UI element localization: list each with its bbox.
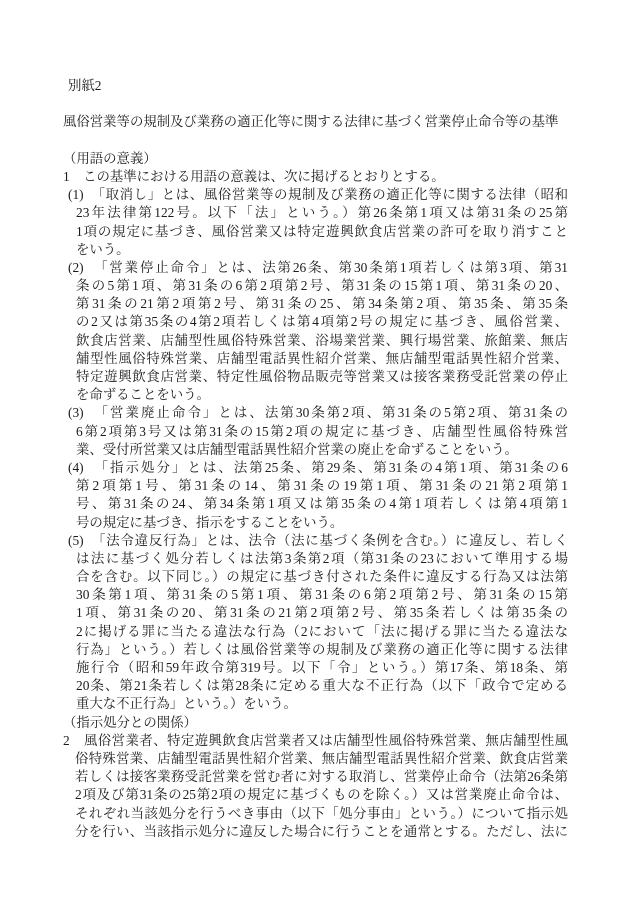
- item-5-line: (5) 「法令違反行為」とは、法令（法に基づく条例を含む。）に違反し、若しく: [63, 532, 568, 550]
- item-4-line: 第2項第1号、第31条の14、第31条の19第1項、第31条の21第2項第1: [63, 477, 568, 495]
- para-2-line: 俗特殊営業、店舗型電話異性紹介営業、無店舗型電話異性紹介営業、飲食店営業: [63, 750, 568, 768]
- item-3-line: 業、受付所営業又は店舗型電話異性紹介営業の廃止を命ずることをいう。: [63, 441, 568, 459]
- item-3-line: 6第2項第3号又は第31条の15第2項の規定に基づき、店舗型性風俗特殊営: [63, 423, 568, 441]
- item-5-line: は法に基づく処分若しくは法第3条第2項（第31条の23において準用する場: [63, 550, 568, 568]
- item-4-line: 号の規定に基づき、指示をすることをいう。: [63, 514, 568, 532]
- item-5-line: 行為」という。）若しくは風俗営業等の規制及び業務の適正化等に関する法律: [63, 641, 568, 659]
- document-title: 風俗営業等の規制及び業務の適正化等に関する法律に基づく営業停止命令等の基準: [63, 113, 568, 131]
- para-2-line: 2項及び第31条の25第2項の規定に基づくものを除く。）又は営業廃止命令は、: [63, 786, 568, 804]
- item-4-line: 号、第31条の24、第34条第1項又は第35条の4第1項若しくは第4項第1: [63, 495, 568, 513]
- item-2-line: 舗型性風俗特殊営業、店舗型電話異性紹介営業、無店舗型電話異性紹介営業、: [63, 350, 568, 368]
- para-2-line: 若しくは接客業務受託営業を営む者に対する取消し、営業停止命令（法第26条第: [63, 768, 568, 786]
- para-2-line: 2 風俗営業者、特定遊興飲食店営業者又は店舗型性風俗特殊営業、無店舗型性風: [63, 732, 568, 750]
- item-2-line: を命ずることをいう。: [63, 386, 568, 404]
- item-2-line: 特定遊興飲食店営業、特定性風俗物品販売等営業又は接客業務受託営業の停止: [63, 368, 568, 386]
- blank-line: [63, 95, 568, 113]
- item-5-line: 合を含む。以下同じ。）の規定に基づき付された条件に違反する行為又は法第: [63, 568, 568, 586]
- item-1-line: (1) 「取消し」とは、風俗営業等の規制及び業務の適正化等に関する法律（昭和: [63, 186, 568, 204]
- item-1-line: をいう。: [63, 241, 568, 259]
- document-page: 別紙2風俗営業等の規制及び業務の適正化等に関する法律に基づく営業停止命令等の基準…: [0, 0, 630, 903]
- item-1-line: 23年法律第122号。以下「法」という。）第26条第1項又は第31条の25第: [63, 204, 568, 222]
- section-heading-1: （用語の意義）: [63, 150, 568, 168]
- item-3-line: (3) 「営業廃止命令」とは、法第30条第2項、第31条の5第2項、第31条の: [63, 404, 568, 422]
- item-2-line: (2) 「営業停止命令」とは、法第26条、第30条第1項若しくは第3項、第31: [63, 259, 568, 277]
- item-5-line: 20条、第21条若しくは第28条に定める重大な不正行為（以下「政令で定める: [63, 677, 568, 695]
- document-body: 別紙2風俗営業等の規制及び業務の適正化等に関する法律に基づく営業停止命令等の基準…: [63, 77, 568, 841]
- item-2-line: 飲食店営業、店舗型性風俗特殊営業、浴場業営業、興行場営業、旅館業、無店: [63, 332, 568, 350]
- attachment-label: 別紙2: [63, 77, 568, 95]
- item-5-line: 2に掲げる罪に当たる違法な行為（2において「法に掲げる罪に当たる違法な: [63, 623, 568, 641]
- item-4-line: (4) 「指示処分」とは、法第25条、第29条、第31条の4第1項、第31条の6: [63, 459, 568, 477]
- item-5-line: 施行令（昭和59年政令第319号。以下「令」という。）第17条、第18条、第: [63, 659, 568, 677]
- para-1-line: 1 この基準における用語の意義は、次に掲げるとおりとする。: [63, 168, 568, 186]
- item-2-line: 条の5第1項、第31条の6第2項第2号、第31条の15第1項、第31条の20、: [63, 277, 568, 295]
- para-2-line: それぞれ当該処分を行うべき事由（以下「処分事由」という。）について指示処: [63, 805, 568, 823]
- blank-line: [63, 132, 568, 150]
- item-2-line: の2又は第35条の4第2項若しくは第4項第2号の規定に基づき、風俗営業、: [63, 313, 568, 331]
- item-5-line: 30条第1項、第31条の5第1項、第31条の6第2項第2号、第31条の15第: [63, 586, 568, 604]
- item-5-line: 重大な不正行為」という。）をいう。: [63, 695, 568, 713]
- para-2-line: 分を行い、当該指示処分に違反した場合に行うことを通常とする。ただし、法に: [63, 823, 568, 841]
- item-5-line: 1項、第31条の20、第31条の21第2項第2号、第35条若しくは第35条の: [63, 604, 568, 622]
- item-1-line: 1項の規定に基づき、風俗営業又は特定遊興飲食店営業の許可を取り消すこと: [63, 223, 568, 241]
- section-heading-2: （指示処分との関係）: [63, 714, 568, 732]
- item-2-line: 第31条の21第2項第2号、第31条の25、第34条第2項、第35条、第35条: [63, 295, 568, 313]
